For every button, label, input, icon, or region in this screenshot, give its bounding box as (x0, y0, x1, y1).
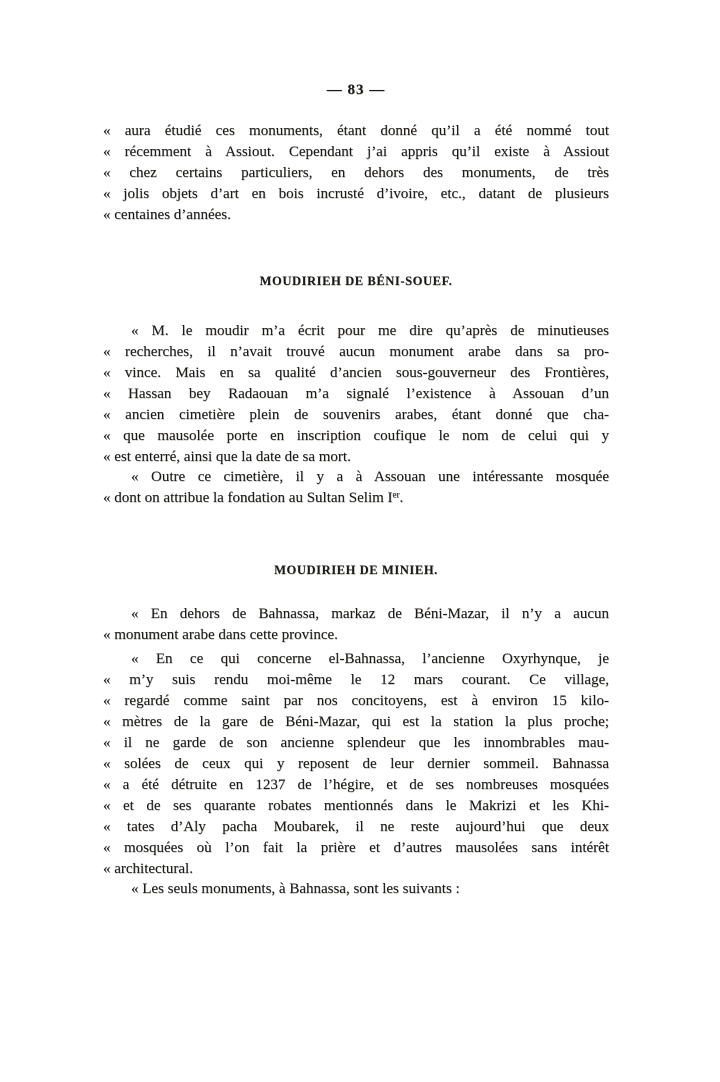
text-line: « dont on attribue la fondation au Sulta… (103, 488, 609, 509)
paragraph-block: « M. le moudir m’a écrit pour me dire qu… (103, 321, 609, 468)
text-line: « mosquées où l’on fait la prière et d’a… (103, 838, 609, 859)
text-line: « vince. Mais en sa qualité d’ancien sou… (103, 363, 609, 384)
paragraph-block: « Outre ce cimetière, il y a à Assouan u… (103, 467, 609, 509)
text-line: « Hassan bey Radaouan m’a signalé l’exis… (103, 384, 609, 405)
section-heading-minieh: MOUDIRIEH DE MINIEH. (103, 563, 609, 578)
text-line: « ancien cimetière plein de souvenirs ar… (103, 405, 609, 426)
text-line: « jolis objets d’art en bois incrusté d’… (103, 184, 609, 205)
text-line: « et de ses quarante robates mentionnés … (103, 796, 609, 817)
text-line: « aura étudié ces monuments, étant donné… (103, 121, 609, 142)
paragraph-block: « aura étudié ces monuments, étant donné… (103, 121, 609, 226)
section-heading-beni-souef: MOUDIRIEH DE BÉNI-SOUEF. (103, 274, 609, 289)
text-line: « solées de ceux qui y reposent de leur … (103, 754, 609, 775)
paragraph-block: « Les seuls monuments, à Bahnassa, sont … (103, 879, 609, 900)
paragraph-block: « En ce qui concerne el-Bahnassa, l’anci… (103, 649, 609, 880)
document-page: — 83 — « aura étudié ces monuments, étan… (0, 0, 720, 1082)
text-line: « récemment à Assiout. Cependant j’ai ap… (103, 142, 609, 163)
text-line: « a été détruite en 1237 de l’hégire, et… (103, 775, 609, 796)
text-line: « m’y suis rendu moi-même le 12 mars cou… (103, 670, 609, 691)
page-number: — 83 — (103, 82, 609, 99)
text-line: « il ne garde de son ancienne splendeur … (103, 733, 609, 754)
text-line: « En ce qui concerne el-Bahnassa, l’anci… (103, 649, 609, 670)
text-line: « regardé comme saint par nos concitoyen… (103, 691, 609, 712)
text-line: « M. le moudir m’a écrit pour me dire qu… (103, 321, 609, 342)
text-line: « que mausolée porte en inscription couf… (103, 426, 609, 447)
text-line: « monument arabe dans cette province. (103, 625, 609, 646)
text-line: « mètres de la gare de Béni-Mazar, qui e… (103, 712, 609, 733)
text-line: « Outre ce cimetière, il y a à Assouan u… (103, 467, 609, 488)
text-line: « chez certains particuliers, en dehors … (103, 163, 609, 184)
text-line: « recherches, il n’avait trouvé aucun mo… (103, 342, 609, 363)
text-line: « centaines d’années. (103, 205, 609, 226)
text-line: « architectural. (103, 859, 609, 880)
paragraph-block: « En dehors de Bahnassa, markaz de Béni-… (103, 604, 609, 646)
text-line: « Les seuls monuments, à Bahnassa, sont … (103, 879, 609, 900)
text-line: « est enterré, ainsi que la date de sa m… (103, 447, 609, 468)
text-line: « tates d’Aly pacha Moubarek, il ne rest… (103, 817, 609, 838)
text-line: « En dehors de Bahnassa, markaz de Béni-… (103, 604, 609, 625)
